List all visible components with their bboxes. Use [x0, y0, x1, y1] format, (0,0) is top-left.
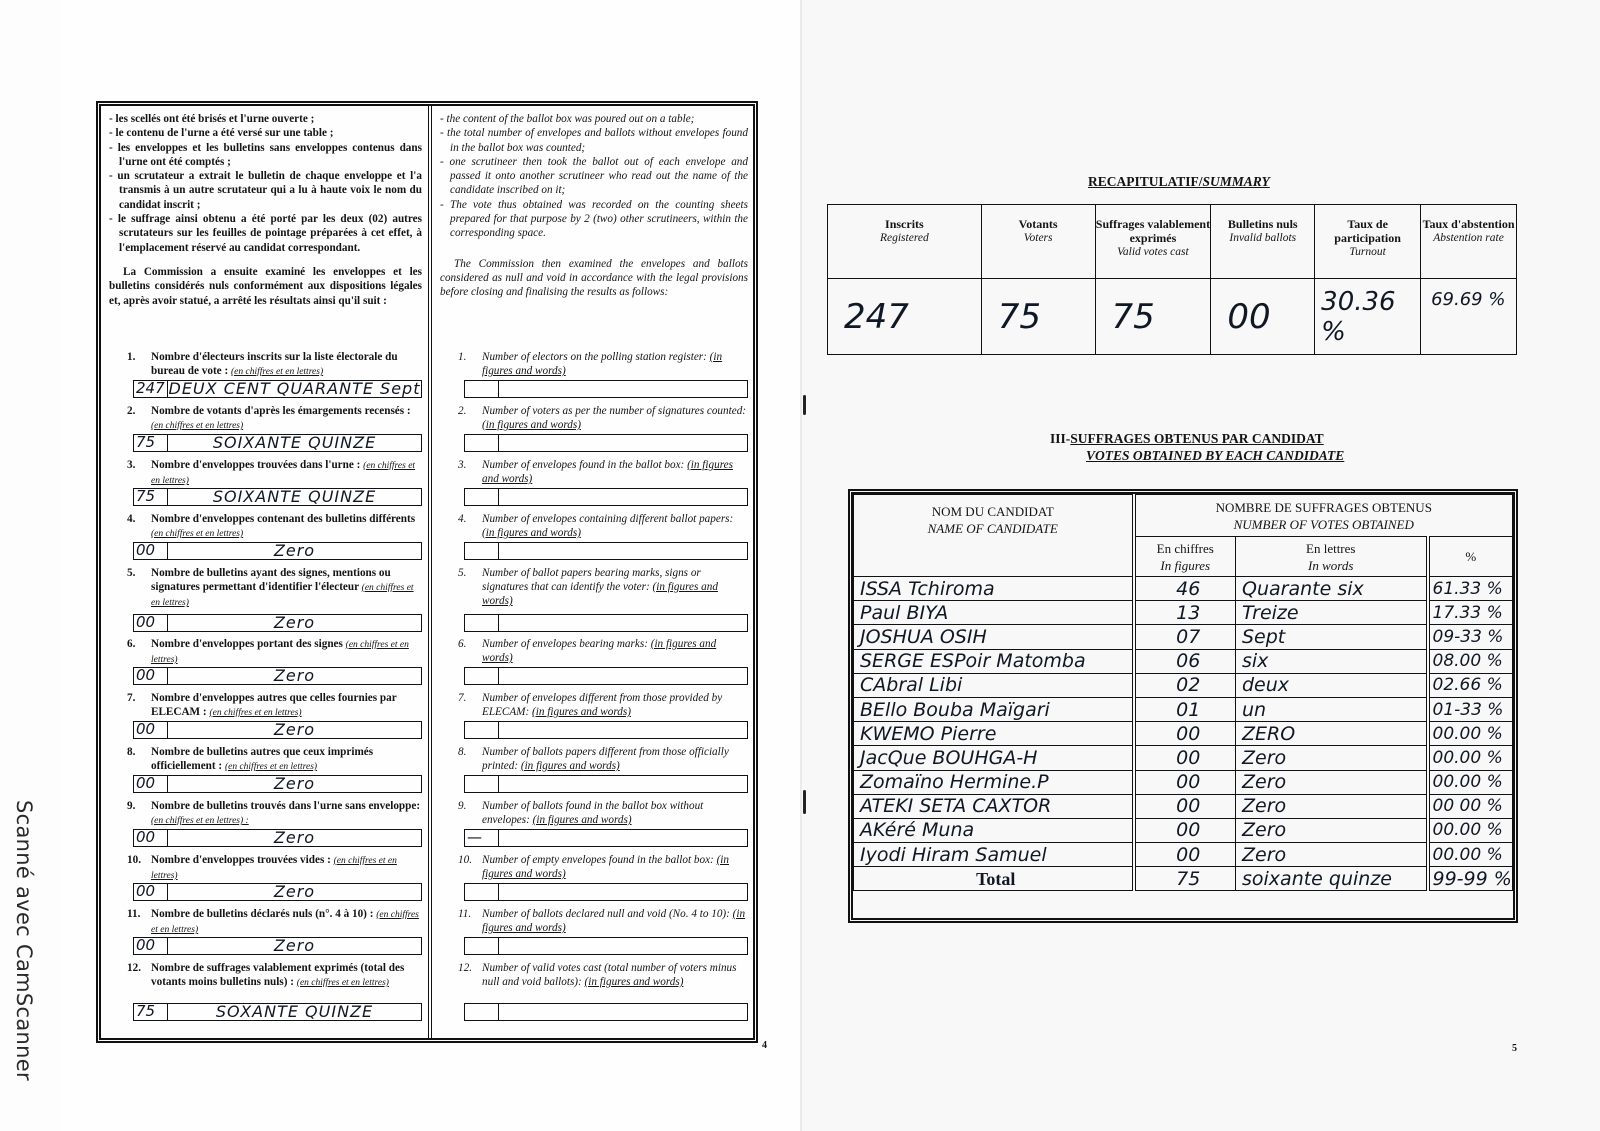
answer-figures[interactable]: 00	[134, 668, 168, 684]
item-text: Number of electors on the polling statio…	[482, 350, 748, 378]
item-label: 6.Number of envelopes bearing marks: (in…	[440, 637, 748, 665]
candidate-row: AKéré Muna00Zero00.00 %	[854, 818, 1513, 842]
answer-field[interactable]	[464, 542, 748, 560]
item-text: Nombre de bulletins autres que ceux impr…	[151, 745, 422, 774]
item-label: 1.Nombre d'électeurs inscrits sur la lis…	[109, 350, 422, 379]
candidate-row: KWEMO Pierre00ZERO00.00 %	[854, 722, 1513, 746]
answer-figures[interactable]	[465, 884, 499, 900]
item-number: 2.	[458, 404, 482, 432]
item-label: 7.Nombre d'enveloppes autres que celles …	[109, 691, 422, 720]
answer-words[interactable]: Zero	[168, 938, 421, 954]
page-fold	[800, 0, 802, 1131]
item-text: Nombre d'électeurs inscrits sur la liste…	[151, 350, 422, 379]
header-in-words: En lettresIn words	[1236, 537, 1428, 577]
en-procedure-item: the total number of envelopes and ballot…	[440, 126, 748, 155]
answer-figures[interactable]: —	[465, 830, 499, 846]
answer-figures[interactable]	[465, 489, 499, 505]
col-abstention: Taux d'abstentionAbstention rate	[1421, 205, 1517, 279]
answer-field[interactable]: 00Zero	[133, 614, 422, 632]
item-number: 9.	[127, 799, 151, 828]
fr-result-item: 9.Nombre de bulletins trouvés dans l'urn…	[109, 799, 422, 828]
fr-result-item: 7.Nombre d'enveloppes autres que celles …	[109, 691, 422, 720]
en-result-item: 4.Number of envelopes containing differe…	[440, 512, 748, 540]
item-label: 8.Nombre de bulletins autres que ceux im…	[109, 745, 422, 774]
answer-words[interactable]: Zero	[168, 615, 421, 631]
candidate-percent: 00.00 %	[1428, 818, 1513, 842]
item-number: 1.	[127, 350, 151, 379]
answer-field[interactable]	[464, 1003, 748, 1021]
col-turnout: Taux de participationTurnout	[1315, 205, 1421, 279]
total-row: Total75soixante quinze99-99 %	[854, 867, 1513, 891]
candidate-percent: 00.00 %	[1428, 843, 1513, 867]
candidate-votes-words: un	[1236, 697, 1428, 721]
answer-words[interactable]	[499, 722, 747, 738]
en-procedure-item: the content of the ballot box was poured…	[440, 112, 748, 126]
candidate-row: JOSHUA OSIH07Sept09-33 %	[854, 625, 1513, 649]
candidate-percent: 00.00 %	[1428, 722, 1513, 746]
total-figures: 75	[1134, 867, 1236, 891]
answer-words[interactable]	[499, 489, 747, 505]
item-text: Nombre de bulletins déclarés nuls (n°. 4…	[151, 907, 422, 937]
candidate-name: ATEKI SETA CAXTOR	[854, 794, 1134, 818]
fr-result-item: 10.Nombre d'enveloppes trouvées vides : …	[109, 853, 422, 883]
candidate-votes-figures: 00	[1134, 722, 1236, 746]
answer-field[interactable]	[464, 614, 748, 632]
answer-field[interactable]: —	[464, 829, 748, 847]
en-result-item: 7.Number of envelopes different from tho…	[440, 691, 748, 719]
candidate-name: KWEMO Pierre	[854, 722, 1134, 746]
item-number: 6.	[127, 637, 151, 667]
en-result-item: 10.Number of empty envelopes found in th…	[440, 853, 748, 881]
candidate-votes-words: Zero	[1236, 770, 1428, 794]
answer-figures[interactable]	[465, 543, 499, 559]
item-text: Nombre de bulletins trouvés dans l'urne …	[151, 799, 422, 828]
answer-words[interactable]: Zero	[168, 884, 421, 900]
total-percent: 99-99 %	[1428, 867, 1513, 891]
votes-table: NOM DU CANDIDATNAME OF CANDIDATE NOMBRE …	[853, 494, 1513, 891]
total-label: Total	[854, 867, 1134, 891]
invalid-ballots-value: 00	[1211, 279, 1315, 355]
answer-field[interactable]: 75SOXANTE QUINZE	[133, 1003, 422, 1021]
en-result-item: 8.Number of ballots papers different fro…	[440, 745, 748, 773]
fr-procedure-item: les scellés ont été brisés et l'urne ouv…	[109, 112, 422, 126]
item-number: 8.	[458, 745, 482, 773]
answer-words[interactable]: Zero	[168, 668, 421, 684]
candidate-votes-words: Zero	[1236, 843, 1428, 867]
item-text: Number of empty envelopes found in the b…	[482, 853, 748, 881]
valid-votes-value: 75	[1095, 279, 1211, 355]
answer-figures[interactable]	[465, 615, 499, 631]
candidate-name: Zomaïno Hermine.P	[854, 770, 1134, 794]
candidate-votes-words: Quarante six	[1236, 577, 1428, 601]
en-result-item: 2.Number of voters as per the number of …	[440, 404, 748, 432]
candidate-name: JOSHUA OSIH	[854, 625, 1134, 649]
scanner-watermark: Scanné avec CamScanner	[12, 800, 36, 1081]
item-label: 12.Number of valid votes cast (total num…	[440, 961, 748, 989]
voters-value: 75	[981, 279, 1095, 355]
item-number: 11.	[127, 907, 151, 937]
item-label: 4.Number of envelopes containing differe…	[440, 512, 748, 540]
item-label: 2.Number of voters as per the number of …	[440, 404, 748, 432]
candidate-percent: 09-33 %	[1428, 625, 1513, 649]
candidate-percent: 61.33 %	[1428, 577, 1513, 601]
answer-field[interactable]: 00Zero	[133, 542, 422, 560]
english-column: the content of the ballot box was poured…	[428, 106, 754, 1038]
answer-field[interactable]: 75SOIXANTE QUINZE	[133, 434, 422, 452]
fr-result-item: 6.Nombre d'enveloppes portant des signes…	[109, 637, 422, 667]
en-result-item: 6.Number of envelopes bearing marks: (in…	[440, 637, 748, 665]
registered-value: 247	[828, 279, 982, 355]
item-number: 3.	[458, 458, 482, 486]
candidate-percent: 01-33 %	[1428, 697, 1513, 721]
item-text: Nombre d'enveloppes trouvées vides : (en…	[151, 853, 422, 883]
answer-figures[interactable]: 75	[134, 489, 168, 505]
answer-figures[interactable]: 75	[134, 435, 168, 451]
answer-field[interactable]	[464, 721, 748, 739]
answer-field[interactable]	[464, 667, 748, 685]
item-label: 11.Nombre de bulletins déclarés nuls (n°…	[109, 907, 422, 937]
item-text: Nombre de bulletins ayant des signes, me…	[151, 566, 422, 610]
answer-figures[interactable]: 00	[134, 722, 168, 738]
en-result-item: 1.Number of electors on the polling stat…	[440, 350, 748, 378]
answer-words[interactable]	[499, 884, 747, 900]
fr-commission-paragraph: La Commission a ensuite examiné les enve…	[109, 265, 422, 308]
en-result-item: 3.Number of envelopes found in the ballo…	[440, 458, 748, 486]
item-text: Nombre d'enveloppes portant des signes (…	[151, 637, 422, 667]
answer-words[interactable]	[499, 381, 747, 397]
answer-words[interactable]	[499, 435, 747, 451]
item-label: 8.Number of ballots papers different fro…	[440, 745, 748, 773]
candidate-votes-figures: 00	[1134, 843, 1236, 867]
item-label: 9.Nombre de bulletins trouvés dans l'urn…	[109, 799, 422, 828]
en-procedure-item: The vote thus obtained was recorded on t…	[440, 198, 748, 241]
item-label: 10.Number of empty envelopes found in th…	[440, 853, 748, 881]
page-number-right: 5	[1512, 1043, 1517, 1054]
item-text: Number of voters as per the number of si…	[482, 404, 748, 432]
item-text: Number of envelopes bearing marks: (in f…	[482, 637, 748, 665]
item-number: 7.	[127, 691, 151, 720]
fr-procedure-item: le contenu de l'urne a été versé sur une…	[109, 126, 422, 140]
candidate-votes-figures: 01	[1134, 697, 1236, 721]
candidate-votes-words: Zero	[1236, 746, 1428, 770]
en-result-item: 12.Number of valid votes cast (total num…	[440, 961, 748, 989]
candidate-row: CAbral Libi02deux02.66 %	[854, 673, 1513, 697]
candidate-name: Paul BIYA	[854, 601, 1134, 625]
candidate-name: JacQue BOUHGA-H	[854, 746, 1134, 770]
candidate-votes-words: ZERO	[1236, 722, 1428, 746]
en-result-item: 5.Number of ballot papers bearing marks,…	[440, 566, 748, 608]
answer-field[interactable]: 00Zero	[133, 775, 422, 793]
candidate-row: JacQue BOUHGA-H00Zero00.00 %	[854, 746, 1513, 770]
answer-field[interactable]	[464, 488, 748, 506]
item-label: 3.Nombre d'enveloppes trouvées dans l'ur…	[109, 458, 422, 488]
item-label: 9.Number of ballots found in the ballot …	[440, 799, 748, 827]
candidate-name: ISSA Tchiroma	[854, 577, 1134, 601]
answer-words[interactable]: Zero	[168, 830, 421, 846]
turnout-value: 30.36 %	[1315, 279, 1421, 355]
answer-figures[interactable]: 00	[134, 543, 168, 559]
answer-words[interactable]: SOIXANTE QUINZE	[168, 489, 421, 505]
candidate-votes-figures: 02	[1134, 673, 1236, 697]
candidate-votes-figures: 00	[1134, 746, 1236, 770]
answer-field[interactable]	[464, 775, 748, 793]
answer-words[interactable]	[499, 543, 747, 559]
item-label: 11.Number of ballots declared null and v…	[440, 907, 748, 935]
summary-table: InscritsRegistered VotantsVoters Suffrag…	[827, 204, 1517, 355]
candidate-row: SERGE ESPoir Matomba06six08.00 %	[854, 649, 1513, 673]
item-text: Number of valid votes cast (total number…	[482, 961, 748, 989]
answer-words[interactable]	[499, 668, 747, 684]
item-label: 6.Nombre d'enveloppes portant des signes…	[109, 637, 422, 667]
candidate-votes-figures: 00	[1134, 818, 1236, 842]
item-label: 1.Number of electors on the polling stat…	[440, 350, 748, 378]
item-text: Nombre d'enveloppes autres que celles fo…	[151, 691, 422, 720]
answer-field[interactable]: 247DEUX CENT QUARANTE Sept	[133, 380, 422, 398]
votes-table-body: ISSA Tchiroma46Quarante six61.33 %Paul B…	[854, 577, 1513, 891]
candidate-votes-figures: 07	[1134, 625, 1236, 649]
answer-words[interactable]	[499, 615, 747, 631]
header-votes-obtained: NOMBRE DE SUFFRAGES OBTENUSNUMBER OF VOT…	[1134, 495, 1513, 537]
item-text: Nombre d'enveloppes contenant des bullet…	[151, 512, 422, 541]
item-number: 1.	[458, 350, 482, 378]
candidate-name: BEllo Bouba Maïgari	[854, 697, 1134, 721]
candidate-votes-words: deux	[1236, 673, 1428, 697]
answer-words[interactable]: Zero	[168, 722, 421, 738]
answer-figures[interactable]: 00	[134, 776, 168, 792]
candidate-row: BEllo Bouba Maïgari01un01-33 %	[854, 697, 1513, 721]
item-label: 2.Nombre de votants d'après les émargeme…	[109, 404, 422, 433]
candidate-percent: 00.00 %	[1428, 770, 1513, 794]
answer-figures[interactable]	[465, 722, 499, 738]
header-in-figures: En chiffresIn figures	[1134, 537, 1236, 577]
item-number: 3.	[127, 458, 151, 488]
answer-words[interactable]	[499, 776, 747, 792]
answer-field[interactable]: 75SOIXANTE QUINZE	[133, 488, 422, 506]
binding-mark	[803, 790, 806, 814]
answer-words[interactable]: SOIXANTE QUINZE	[168, 435, 421, 451]
answer-field[interactable]: 00Zero	[133, 667, 422, 685]
item-label: 7.Number of envelopes different from tho…	[440, 691, 748, 719]
item-text: Number of envelopes found in the ballot …	[482, 458, 748, 486]
fr-procedure-item: les enveloppes et les bulletins sans env…	[109, 141, 422, 170]
answer-words[interactable]: Zero	[168, 776, 421, 792]
answer-figures[interactable]: 75	[134, 1004, 168, 1020]
item-number: 12.	[458, 961, 482, 989]
answer-field[interactable]	[464, 380, 748, 398]
item-text: Number of ballot papers bearing marks, s…	[482, 566, 748, 608]
answer-field[interactable]: 00Zero	[133, 721, 422, 739]
total-words: soixante quinze	[1236, 867, 1428, 891]
candidate-percent: 17.33 %	[1428, 601, 1513, 625]
item-number: 4.	[458, 512, 482, 540]
answer-words[interactable]	[499, 830, 747, 846]
french-column: les scellés ont été brisés et l'urne ouv…	[101, 106, 428, 1038]
en-result-item: 9.Number of ballots found in the ballot …	[440, 799, 748, 827]
answer-figures[interactable]	[465, 938, 499, 954]
answer-field[interactable]: 00Zero	[133, 883, 422, 901]
candidate-votes-words: Zero	[1236, 818, 1428, 842]
candidate-votes-words: six	[1236, 649, 1428, 673]
minutes-form: les scellés ont été brisés et l'urne ouv…	[96, 101, 758, 1043]
item-label: 3.Number of envelopes found in the ballo…	[440, 458, 748, 486]
summary-header-row: InscritsRegistered VotantsVoters Suffrag…	[828, 205, 1517, 279]
fr-result-item: 1.Nombre d'électeurs inscrits sur la lis…	[109, 350, 422, 379]
candidate-percent: 08.00 %	[1428, 649, 1513, 673]
en-procedure-item: one scrutineer then took the ballot out …	[440, 155, 748, 198]
answer-figures[interactable]: 00	[134, 615, 168, 631]
candidate-percent: 00.00 %	[1428, 746, 1513, 770]
item-text: Number of ballots papers different from …	[482, 745, 748, 773]
answer-figures[interactable]: 00	[134, 884, 168, 900]
item-label: 5.Nombre de bulletins ayant des signes, …	[109, 566, 422, 610]
candidate-votes-words: Sept	[1236, 625, 1428, 649]
answer-field[interactable]: 00Zero	[133, 829, 422, 847]
abstention-value: 69.69 %	[1421, 279, 1517, 355]
answer-figures[interactable]	[465, 776, 499, 792]
item-number: 5.	[127, 566, 151, 610]
col-voters: VotantsVoters	[981, 205, 1095, 279]
answer-figures[interactable]	[465, 668, 499, 684]
item-number: 12.	[127, 961, 151, 990]
binding-mark	[803, 395, 806, 415]
answer-figures[interactable]: 00	[134, 938, 168, 954]
answer-field[interactable]	[464, 937, 748, 955]
item-number: 8.	[127, 745, 151, 774]
item-text: Nombre de votants d'après les émargement…	[151, 404, 422, 433]
col-registered: InscritsRegistered	[828, 205, 982, 279]
answer-field[interactable]: 00Zero	[133, 937, 422, 955]
candidate-name: AKéré Muna	[854, 818, 1134, 842]
fr-result-item: 3.Nombre d'enveloppes trouvées dans l'ur…	[109, 458, 422, 488]
summary-values-row: 247 75 75 00 30.36 % 69.69 %	[828, 279, 1517, 355]
item-text: Nombre d'enveloppes trouvées dans l'urne…	[151, 458, 422, 488]
header-candidate-name: NOM DU CANDIDATNAME OF CANDIDATE	[854, 495, 1134, 577]
en-commission-paragraph: The Commission then examined the envelop…	[440, 257, 748, 300]
candidate-name: Iyodi Hiram Samuel	[854, 843, 1134, 867]
fr-result-item: 2.Nombre de votants d'après les émargeme…	[109, 404, 422, 433]
candidate-votes-figures: 06	[1134, 649, 1236, 673]
candidate-votes-figures: 00	[1134, 794, 1236, 818]
votes-section-title: III-SUFFRAGES OBTENUS PAR CANDIDAT VOTES…	[1050, 430, 1344, 464]
fr-procedure-list: les scellés ont été brisés et l'urne ouv…	[109, 112, 422, 255]
candidate-row: Paul BIYA13Treize17.33 %	[854, 601, 1513, 625]
item-number: 9.	[458, 799, 482, 827]
fr-result-item: 5.Nombre de bulletins ayant des signes, …	[109, 566, 422, 610]
item-label: 5.Number of ballot papers bearing marks,…	[440, 566, 748, 608]
item-number: 7.	[458, 691, 482, 719]
candidate-name: CAbral Libi	[854, 673, 1134, 697]
item-number: 10.	[458, 853, 482, 881]
header-percent: %	[1428, 537, 1513, 577]
item-number: 10.	[127, 853, 151, 883]
item-text: Number of envelopes containing different…	[482, 512, 748, 540]
item-label: 10.Nombre d'enveloppes trouvées vides : …	[109, 853, 422, 883]
item-number: 11.	[458, 907, 482, 935]
candidate-votes-figures: 13	[1134, 601, 1236, 625]
candidate-row: Iyodi Hiram Samuel00Zero00.00 %	[854, 843, 1513, 867]
fr-result-item: 11.Nombre de bulletins déclarés nuls (n°…	[109, 907, 422, 937]
candidate-votes-figures: 00	[1134, 770, 1236, 794]
candidate-votes-figures: 46	[1134, 577, 1236, 601]
item-number: 6.	[458, 637, 482, 665]
answer-figures[interactable]: 00	[134, 830, 168, 846]
answer-figures[interactable]	[465, 435, 499, 451]
col-valid-votes: Suffrages valablement exprimésValid vote…	[1095, 205, 1211, 279]
answer-words[interactable]	[499, 938, 747, 954]
item-text: Nombre de suffrages valablement exprimés…	[151, 961, 422, 990]
candidate-percent: 02.66 %	[1428, 673, 1513, 697]
candidate-name: SERGE ESPoir Matomba	[854, 649, 1134, 673]
answer-words[interactable]: DEUX CENT QUARANTE Sept	[168, 381, 421, 397]
candidate-percent: 00 00 %	[1428, 794, 1513, 818]
item-number: 2.	[127, 404, 151, 433]
candidate-row: Zomaïno Hermine.P00Zero00.00 %	[854, 770, 1513, 794]
answer-field[interactable]	[464, 434, 748, 452]
answer-words[interactable]: Zero	[168, 543, 421, 559]
answer-words[interactable]	[499, 1004, 747, 1020]
votes-table-frame: NOM DU CANDIDATNAME OF CANDIDATE NOMBRE …	[848, 489, 1518, 923]
item-text: Number of envelopes different from those…	[482, 691, 748, 719]
item-label: 4.Nombre d'enveloppes contenant des bull…	[109, 512, 422, 541]
answer-field[interactable]	[464, 883, 748, 901]
item-label: 12.Nombre de suffrages valablement expri…	[109, 961, 422, 990]
item-text: Number of ballots found in the ballot bo…	[482, 799, 748, 827]
fr-result-item: 12.Nombre de suffrages valablement expri…	[109, 961, 422, 990]
candidate-row: ATEKI SETA CAXTOR00Zero00 00 %	[854, 794, 1513, 818]
answer-figures[interactable]	[465, 381, 499, 397]
fr-result-item: 4.Nombre d'enveloppes contenant des bull…	[109, 512, 422, 541]
fr-procedure-item: le suffrage ainsi obtenu a été porté par…	[109, 212, 422, 255]
summary-title: RECAPITULATIF/SUMMARY	[1088, 174, 1270, 190]
fr-procedure-item: un scrutateur a extrait le bulletin de c…	[109, 169, 422, 212]
item-number: 5.	[458, 566, 482, 608]
answer-words[interactable]: SOXANTE QUINZE	[168, 1004, 421, 1020]
item-number: 4.	[127, 512, 151, 541]
col-invalid-ballots: Bulletins nulsInvalid ballots	[1211, 205, 1315, 279]
page-number-left: 4	[762, 1040, 767, 1051]
answer-figures[interactable]	[465, 1004, 499, 1020]
candidate-votes-words: Treize	[1236, 601, 1428, 625]
candidate-votes-words: Zero	[1236, 794, 1428, 818]
en-result-item: 11.Number of ballots declared null and v…	[440, 907, 748, 935]
answer-figures[interactable]: 247	[134, 381, 168, 397]
en-procedure-list: the content of the ballot box was poured…	[440, 112, 748, 241]
fr-result-item: 8.Nombre de bulletins autres que ceux im…	[109, 745, 422, 774]
item-text: Number of ballots declared null and void…	[482, 907, 748, 935]
candidate-row: ISSA Tchiroma46Quarante six61.33 %	[854, 577, 1513, 601]
